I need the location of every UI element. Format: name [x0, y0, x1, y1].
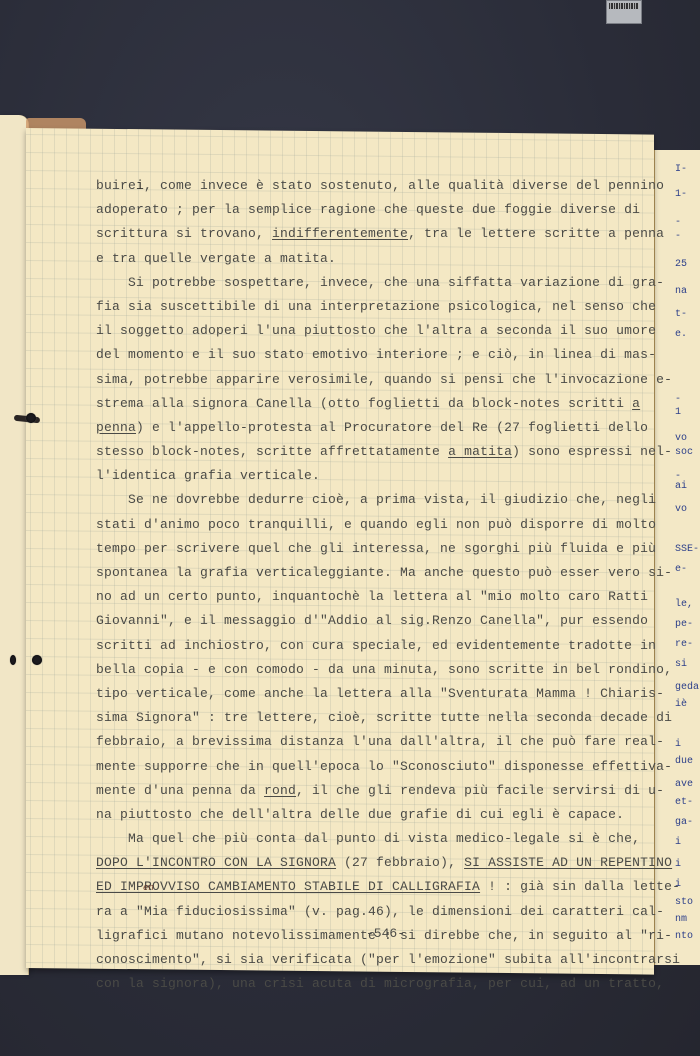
text-line: l'identica grafia verticale. [96, 464, 636, 488]
text-segment: l'identica grafia verticale. [96, 468, 320, 483]
text-segment: (27 febbraio), [336, 855, 464, 870]
text-line: stati d'animo poco tranquilli, e quando … [96, 513, 636, 537]
text-segment: conoscimento", si sia verificata ("per l… [96, 952, 680, 967]
underlying-text-fragment: iè [675, 700, 687, 710]
underlying-text-fragment: nm [675, 915, 687, 925]
underlying-text-fragment: 1- [675, 190, 687, 200]
text-line: febbraio, a brevissima distanza l'una da… [96, 730, 636, 754]
underlined-text: SI ASSISTE AD UN REPENTINO [464, 855, 672, 870]
underlying-text-fragment: I- [675, 165, 687, 175]
text-segment: fia sia suscettibile di una interpretazi… [96, 299, 656, 314]
text-line: con la signora), una crisi acuta di micr… [96, 972, 636, 996]
text-line: mente supporre che in quell'epoca lo "Sc… [96, 755, 636, 779]
left-binding-sheet [0, 115, 29, 975]
text-segment: na piuttosto che dell'altra delle due gr… [96, 807, 624, 822]
underlying-text-fragment: ga- [675, 818, 693, 828]
binding-hole-bottom-left [10, 655, 16, 665]
underlying-text-fragment: 25 [675, 260, 687, 270]
text-segment: no ad un certo punto, inquantochè la let… [96, 589, 648, 604]
text-line: strema alla signora Canella (otto foglie… [96, 392, 636, 416]
text-line: buirei, come invece è stato sostenuto, a… [96, 174, 636, 198]
underlying-text-fragment: - [675, 232, 681, 242]
barcode-icon [609, 3, 639, 9]
text-line: Giovanni", e il messaggio d'"Addio al si… [96, 609, 636, 633]
page-number: -546- [366, 926, 405, 941]
text-line: del momento e il suo stato emotivo inter… [96, 343, 636, 367]
text-segment: Se ne dovrebbe dedurre cioè, a prima vis… [96, 492, 656, 507]
text-segment: spontanea la grafia verticaleggiante. Ma… [96, 565, 672, 580]
underlying-page: I-1---25nat-e.-1vosoc-aivoSSE-e-le,pe-re… [654, 150, 700, 965]
underlying-text-fragment: na [675, 287, 687, 297]
text-line: sima, potrebbe apparire verosimile, quan… [96, 368, 636, 392]
underlying-text-fragment: si [675, 660, 687, 670]
underlying-text-fragment: t- [675, 310, 687, 320]
text-segment: bella copia - e con comodo - da una minu… [96, 662, 672, 677]
text-line: Si potrebbe sospettare, invece, che una … [96, 271, 636, 295]
underlying-text-fragment: soc [675, 448, 693, 458]
underlined-text: a matita [448, 444, 512, 459]
underlying-text-fragment: geda [675, 683, 699, 693]
text-segment: ) sono espressi nel- [512, 444, 672, 459]
text-line: e tra quelle vergate a matita. [96, 247, 636, 271]
text-segment: , tra le lettere scritte a penna [408, 226, 664, 241]
text-segment: sima, potrebbe apparire verosimile, quan… [96, 372, 672, 387]
text-segment: stesso block-notes, scritte affrettatame… [96, 444, 448, 459]
binding-hole-top [26, 413, 36, 423]
text-line: DOPO L'INCONTRO CON LA SIGNORA (27 febbr… [96, 851, 636, 875]
text-line: stesso block-notes, scritte affrettatame… [96, 440, 636, 464]
underlying-text-fragment: - [675, 218, 681, 228]
text-segment: adoperato ; per la semplice ragione che … [96, 202, 640, 217]
text-segment: buire [96, 178, 136, 193]
underlying-text-fragment: 1 [675, 408, 681, 418]
text-segment: Giovanni", e il messaggio d'"Addio al si… [96, 613, 648, 628]
typewritten-body-text: buirei, come invece è stato sostenuto, a… [96, 174, 636, 996]
binding-hole-bottom [32, 655, 42, 665]
text-segment: ra a "Mia fiduciosissima" (v. pag.46), l… [96, 904, 664, 919]
text-line: scrittura si trovano, indifferentemente,… [96, 222, 636, 246]
underlying-text-fragment: - [675, 395, 681, 405]
underlined-text: indifferentemente [272, 226, 408, 241]
text-line: ED IMPROVVISO CAMBIAMENTO STABILE DI CAL… [96, 875, 636, 899]
underlying-text-fragment: due [675, 757, 693, 767]
text-line: bella copia - e con comodo - da una minu… [96, 658, 636, 682]
underlying-text-fragment: e. [675, 330, 687, 340]
text-segment: mente d'una penna da [96, 783, 264, 798]
text-segment: con la signora), una crisi acuta di micr… [96, 976, 664, 991]
underlying-text-fragment: e- [675, 565, 687, 575]
underlying-text-fragment: ai [675, 482, 687, 492]
text-segment: del momento e il suo stato emotivo inter… [96, 347, 656, 362]
text-segment: scritti ad inchiostro, con cura speciale… [96, 638, 656, 653]
underlying-text-fragment: SSE- [675, 545, 699, 555]
text-segment: , come invece è stato sostenuto, alle qu… [144, 178, 664, 193]
text-segment: e tra quelle vergate a matita. [96, 251, 336, 266]
text-segment: ! : già sin dalla lette- [480, 879, 680, 894]
text-line: tipo verticale, come anche la lettera al… [96, 682, 636, 706]
text-line: fia sia suscettibile di una interpretazi… [96, 295, 636, 319]
underlying-text-fragment: ave [675, 780, 693, 790]
text-segment: Si potrebbe sospettare, invece, che una … [96, 275, 664, 290]
text-line: spontanea la grafia verticaleggiante. Ma… [96, 561, 636, 585]
text-line: Ma quel che più conta dal punto di vista… [96, 827, 636, 851]
underlying-text-fragment: i [675, 740, 681, 750]
text-segment: il soggetto adoperi l'una piuttosto che … [96, 323, 656, 338]
underlying-text-fragment: i [675, 838, 681, 848]
underlying-text-fragment: nto [675, 932, 693, 942]
underlined-text: DOPO L'INCONTRO CON LA SIGNORA [96, 855, 336, 870]
text-segment: tempo per scrivere quel che gli interess… [96, 541, 656, 556]
text-segment: febbraio, a brevissima distanza l'una da… [96, 734, 664, 749]
underlying-text-fragment: re- [675, 640, 693, 650]
text-line: Se ne dovrebbe dedurre cioè, a prima vis… [96, 488, 636, 512]
text-line: sima Signora" : tre lettere, cioè, scrit… [96, 706, 636, 730]
text-line: na piuttosto che dell'altra delle due gr… [96, 803, 636, 827]
text-segment: i [136, 178, 144, 193]
underlying-text-fragment: i [675, 860, 681, 870]
underlined-text: rond [264, 783, 296, 798]
text-line: scritti ad inchiostro, con cura speciale… [96, 634, 636, 658]
text-segment: tipo verticale, come anche la lettera al… [96, 686, 664, 701]
text-segment: strema alla signora Canella (otto foglie… [96, 396, 632, 411]
underlying-text-fragment: pe- [675, 620, 693, 630]
underlying-text-fragment: vo [675, 434, 687, 444]
text-line: conoscimento", si sia verificata ("per l… [96, 948, 636, 972]
underlined-text: penna [96, 420, 136, 435]
underlying-page-text-fragments: I-1---25nat-e.-1vosoc-aivoSSE-e-le,pe-re… [675, 150, 700, 965]
text-segment: sima Signora" : tre lettere, cioè, scrit… [96, 710, 672, 725]
text-line: tempo per scrivere quel che gli interess… [96, 537, 636, 561]
underlined-text: a [632, 396, 640, 411]
text-line: adoperato ; per la semplice ragione che … [96, 198, 636, 222]
underlying-text-fragment: sto [675, 898, 693, 908]
text-line: mente d'una penna da rond, il che gli re… [96, 779, 636, 803]
text-segment: ) e l'appello-protesta al Procuratore de… [136, 420, 648, 435]
handwritten-correction: en [143, 883, 154, 893]
text-segment: scrittura si trovano, [96, 226, 272, 241]
text-segment: , il che gli rendeva più facile servirsi… [296, 783, 664, 798]
text-line: ra a "Mia fiduciosissima" (v. pag.46), l… [96, 900, 636, 924]
text-segment: mente supporre che in quell'epoca lo "Sc… [96, 759, 672, 774]
underlying-text-fragment: vo [675, 505, 687, 515]
text-segment: stati d'animo poco tranquilli, e quando … [96, 517, 656, 532]
text-line: no ad un certo punto, inquantochè la let… [96, 585, 636, 609]
archive-label-sticker [606, 0, 642, 24]
text-segment: Ma quel che più conta dal punto di vista… [96, 831, 640, 846]
text-line: il soggetto adoperi l'una piuttosto che … [96, 319, 636, 343]
underlying-text-fragment: le, [675, 600, 693, 610]
text-line: penna) e l'appello-protesta al Procurato… [96, 416, 636, 440]
underlying-text-fragment: et- [675, 798, 693, 808]
